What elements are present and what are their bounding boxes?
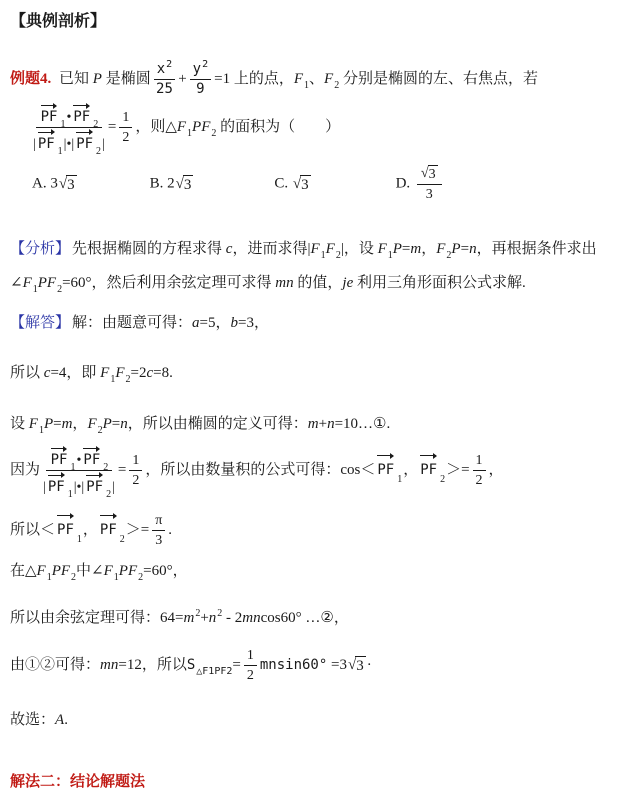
option-spacer bbox=[78, 187, 150, 188]
vector-arrow-icon bbox=[420, 455, 436, 456]
sqrt-term: √3 bbox=[176, 175, 194, 195]
text-run: m2 bbox=[183, 610, 200, 626]
text-run: 的面积为（ ） bbox=[216, 119, 340, 135]
text-run: =12，所以 bbox=[118, 657, 186, 673]
vector-arrow-icon bbox=[76, 132, 92, 133]
section-heading: 【典例剖析】 bbox=[10, 8, 628, 35]
text-run: PF2 bbox=[192, 119, 216, 135]
text-run: |•| bbox=[64, 137, 75, 152]
vector-term: PF1 bbox=[376, 452, 402, 483]
vector-term: PF2 bbox=[82, 445, 108, 470]
text-run: ， bbox=[83, 522, 98, 538]
vector-arrow-icon bbox=[57, 515, 73, 516]
text-run: 所以 bbox=[10, 365, 44, 381]
text-run: =1 上的点， bbox=[214, 71, 294, 87]
text-run: A bbox=[55, 712, 64, 728]
text-run: = bbox=[461, 241, 469, 257]
vector-term: PF2 bbox=[99, 512, 125, 543]
text-run: =3， bbox=[238, 315, 269, 331]
text-run: π bbox=[155, 513, 162, 528]
text-run: F1 bbox=[37, 563, 52, 579]
text-run: m bbox=[308, 416, 319, 432]
text-run: F2 bbox=[115, 365, 130, 381]
text-run: P bbox=[93, 71, 102, 87]
problem-formula: PF1•PF2|PF1|•|PF2|=12，则△F1PF2 的面积为（ ） bbox=[10, 102, 628, 153]
vector-arrow-icon bbox=[51, 448, 67, 449]
fraction: 12 bbox=[119, 109, 132, 146]
text-run: y2 bbox=[193, 61, 208, 77]
text-run: mn bbox=[100, 657, 118, 673]
vector-term: PF1 bbox=[37, 129, 63, 154]
text-run: + bbox=[200, 610, 208, 626]
text-run: . bbox=[64, 712, 68, 728]
text-run: 【分析】 bbox=[10, 241, 70, 257]
text-run: 先根据椭圆的方程求得 bbox=[72, 241, 226, 257]
text-run: F1 bbox=[23, 275, 38, 291]
solution-step-5: 所以＜PF1，PF2＞=π3. bbox=[10, 512, 628, 549]
text-run: F1 bbox=[294, 71, 309, 87]
text-run: 已知 bbox=[55, 71, 93, 87]
text-run: P bbox=[44, 416, 53, 432]
text-run: 是椭圆 bbox=[102, 71, 151, 87]
text-run: P bbox=[451, 241, 460, 257]
text-run: ，所以由数量积的公式可得：cos＜ bbox=[145, 462, 375, 478]
solution-step-3: 设 F1P=m，F2P=n，所以由椭圆的定义可得：m+n=10…①. bbox=[10, 412, 628, 438]
fraction: 12 bbox=[129, 452, 142, 489]
solution-step-8: 由①②可得：mn=12，所以S△F1PF2=12mnsin60° =3√3· bbox=[10, 647, 628, 684]
fraction: π3 bbox=[152, 512, 165, 549]
text-run: A. 3 bbox=[32, 176, 58, 192]
text-run: 【典例剖析】 bbox=[10, 13, 106, 30]
text-run: mn bbox=[242, 610, 260, 626]
text-run: 例题4. bbox=[10, 71, 51, 87]
text-run: = bbox=[118, 462, 126, 478]
option-spacer bbox=[312, 187, 396, 188]
fraction: PF1•PF2|PF1|•|PF2| bbox=[43, 445, 115, 496]
vector-term: PF2 bbox=[72, 102, 98, 127]
sqrt-term: √3 bbox=[348, 656, 366, 676]
text-run: b bbox=[231, 315, 239, 331]
text-run: n bbox=[469, 241, 477, 257]
text-run: a bbox=[192, 315, 200, 331]
text-run: + bbox=[319, 416, 327, 432]
text-run: B. 2 bbox=[150, 176, 175, 192]
option-spacer bbox=[194, 187, 274, 188]
text-run: F1 bbox=[100, 365, 115, 381]
text-run: =4，即 bbox=[50, 365, 100, 381]
text-run: F2 bbox=[87, 416, 102, 432]
text-run: n bbox=[327, 416, 335, 432]
text-run: | bbox=[102, 137, 105, 152]
text-run: F2 bbox=[326, 241, 341, 257]
text-run: ＞= bbox=[126, 522, 149, 538]
sqrt-term: √3 bbox=[421, 165, 438, 184]
text-run: 2 bbox=[132, 473, 139, 488]
vector-arrow-icon bbox=[100, 515, 116, 516]
text-run: x2 bbox=[157, 61, 172, 77]
text-run: PF2 bbox=[119, 563, 143, 579]
text-run: F1 bbox=[378, 241, 393, 257]
text-run: = bbox=[232, 657, 240, 673]
text-run: =5， bbox=[200, 315, 231, 331]
solution-step-2: 所以 c=4，即 F1F2=2c=8. bbox=[10, 361, 628, 387]
text-run: 1 bbox=[122, 110, 129, 125]
text-run: P bbox=[393, 241, 402, 257]
text-run: 2 bbox=[476, 473, 483, 488]
text-run: · bbox=[367, 657, 372, 673]
text-run: 1 bbox=[132, 453, 139, 468]
sqrt-term: √3 bbox=[293, 175, 311, 195]
text-run: n2 bbox=[209, 610, 223, 626]
text-run: ， bbox=[421, 241, 436, 257]
text-run: 利用三角形面积公式求解. bbox=[353, 275, 526, 291]
text-run: • bbox=[76, 453, 81, 468]
problem-statement: 例题4. 已知 P 是椭圆x225+y29=1 上的点，F1、F2 分别是椭圆的… bbox=[10, 61, 628, 98]
fraction: PF1•PF2|PF1|•|PF2| bbox=[33, 102, 105, 153]
text-run: 因为 bbox=[10, 462, 40, 478]
text-run: 设 bbox=[10, 416, 29, 432]
text-run: 【解答】 bbox=[10, 315, 70, 331]
solution-step-1: 【解答】解：由题意可得：a=5，b=3， bbox=[10, 311, 628, 337]
vector-arrow-icon bbox=[48, 475, 64, 476]
text-run: + bbox=[178, 71, 186, 87]
vector-term: PF2 bbox=[75, 129, 101, 154]
text-run: P bbox=[103, 416, 112, 432]
vector-term: PF2 bbox=[85, 472, 111, 497]
text-run: =2 bbox=[131, 365, 147, 381]
text-run: ， bbox=[72, 416, 87, 432]
text-run: 所以由余弦定理可得：64= bbox=[10, 610, 183, 626]
text-run: F1 bbox=[104, 563, 119, 579]
text-run: 由①②可得： bbox=[10, 657, 100, 673]
vector-arrow-icon bbox=[38, 132, 54, 133]
vector-arrow-icon bbox=[83, 448, 99, 449]
fraction: x225 bbox=[154, 61, 175, 98]
sqrt-term: √3 bbox=[59, 175, 77, 195]
text-run: =3 bbox=[327, 657, 347, 673]
text-run: | bbox=[33, 137, 36, 152]
vector-term: PF2 bbox=[419, 452, 445, 483]
text-run: ，所以由椭圆的定义可得： bbox=[128, 416, 308, 432]
vector-arrow-icon bbox=[41, 105, 57, 106]
vector-term: PF1 bbox=[40, 102, 66, 127]
text-run: =8. bbox=[153, 365, 173, 381]
text-run: ， bbox=[489, 462, 504, 478]
vector-arrow-icon bbox=[86, 475, 102, 476]
text-run: 9 bbox=[196, 81, 204, 97]
fraction: 12 bbox=[244, 647, 257, 684]
text-run: 的值， bbox=[294, 275, 343, 291]
text-run: |，设 bbox=[341, 241, 378, 257]
text-run: |•| bbox=[74, 480, 85, 495]
text-run: - 2 bbox=[222, 610, 242, 626]
text-run: | bbox=[43, 480, 46, 495]
text-run: =60°， bbox=[143, 563, 187, 579]
text-run: =60°，然后利用余弦定理可求得 bbox=[62, 275, 275, 291]
text-run: n bbox=[120, 416, 128, 432]
text-run: cos60° …②， bbox=[261, 610, 349, 626]
text-run: 2 bbox=[247, 668, 254, 683]
text-run: =10…①. bbox=[335, 416, 391, 432]
answer-line: 故选：A. bbox=[10, 708, 628, 734]
fraction: √33 bbox=[417, 165, 442, 203]
text-run: 25 bbox=[156, 81, 173, 97]
text-run: 故选： bbox=[10, 712, 55, 728]
text-run: 中∠ bbox=[76, 563, 104, 579]
text-run: ，则△ bbox=[135, 119, 177, 135]
text-run: PF2 bbox=[52, 563, 76, 579]
analysis-paragraph: 【分析】先根据椭圆的方程求得 c，进而求得|F1F2|，设 F1P=m，F2P=… bbox=[10, 233, 628, 301]
vector-term: PF1 bbox=[50, 445, 76, 470]
text-run: m bbox=[410, 241, 421, 257]
text-run: • bbox=[66, 110, 71, 125]
text-run: 解：由题意可得： bbox=[72, 315, 192, 331]
solution-step-7: 所以由余弦定理可得：64=m2+n2 - 2mncos60° …②， bbox=[10, 606, 628, 632]
text-run: m bbox=[62, 416, 73, 432]
text-run: PF2 bbox=[38, 275, 62, 291]
text-run: = bbox=[112, 416, 120, 432]
text-run: F2 bbox=[436, 241, 451, 257]
text-run: 1 bbox=[476, 453, 483, 468]
text-run: ，进而求得| bbox=[232, 241, 310, 257]
vector-term: PF1 bbox=[47, 472, 73, 497]
text-run: je bbox=[342, 275, 353, 291]
text-run: F1 bbox=[29, 416, 44, 432]
vector-arrow-icon bbox=[377, 455, 393, 456]
text-run: 2 bbox=[122, 130, 129, 145]
document-page: 【典例剖析】例题4. 已知 P 是椭圆x225+y29=1 上的点，F1、F2 … bbox=[0, 0, 640, 799]
document-body: 【典例剖析】例题4. 已知 P 是椭圆x225+y29=1 上的点，F1、F2 … bbox=[10, 8, 628, 795]
text-run: S△F1PF2 bbox=[187, 657, 233, 673]
text-run: 1 bbox=[247, 648, 254, 663]
text-run: 在△ bbox=[10, 563, 37, 579]
text-run: 、 bbox=[309, 71, 324, 87]
fraction: 12 bbox=[473, 452, 486, 489]
text-run: F2 bbox=[324, 71, 339, 87]
text-run: ＞= bbox=[446, 462, 469, 478]
text-run: 3 bbox=[426, 187, 433, 202]
text-run: ， bbox=[403, 462, 418, 478]
text-run: = bbox=[53, 416, 61, 432]
text-run: mnsin60° bbox=[260, 657, 327, 673]
fraction: y29 bbox=[190, 61, 211, 98]
text-run: 解法二：结论解题法 bbox=[10, 774, 145, 790]
solution-step-4: 因为PF1•PF2|PF1|•|PF2|=12，所以由数量积的公式可得：cos＜… bbox=[10, 445, 628, 496]
text-run: 3 bbox=[155, 533, 162, 548]
text-run: . bbox=[168, 522, 172, 538]
method2-heading: 解法二：结论解题法 bbox=[10, 770, 628, 796]
text-run: mn bbox=[275, 275, 293, 291]
text-run: | bbox=[112, 480, 115, 495]
text-run: F1 bbox=[310, 241, 325, 257]
text-run: D. bbox=[396, 176, 414, 192]
text-run: 分别是椭圆的左、右焦点，若 bbox=[339, 71, 538, 87]
text-run: C. bbox=[274, 176, 292, 192]
text-run: 所以＜ bbox=[10, 522, 55, 538]
text-run: = bbox=[108, 119, 116, 135]
vector-arrow-icon bbox=[73, 105, 89, 106]
text-run: F1 bbox=[177, 119, 192, 135]
options-row: A. 3√3B. 2√3C. √3D. √33 bbox=[10, 165, 628, 203]
vector-term: PF1 bbox=[56, 512, 82, 543]
solution-step-6: 在△F1PF2中∠F1PF2=60°， bbox=[10, 559, 628, 585]
